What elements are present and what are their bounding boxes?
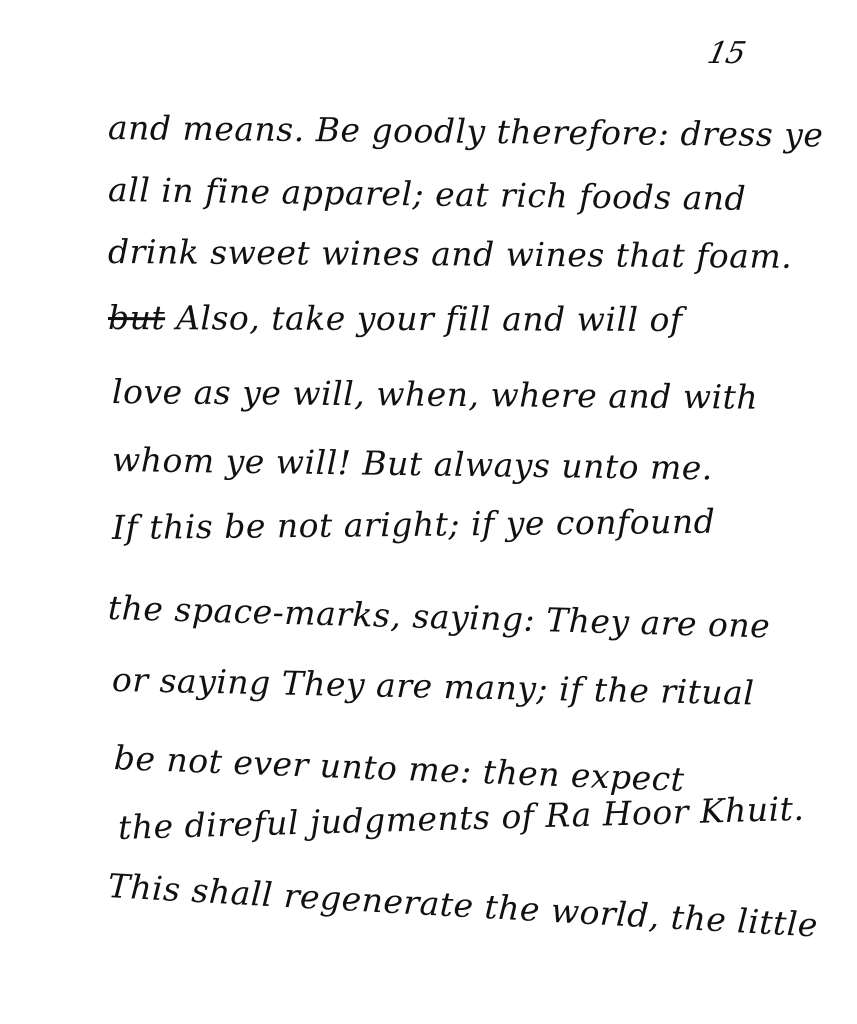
- manuscript-page: 15 and means. Be goodly therefore: dress…: [0, 0, 857, 1024]
- struck-out-word: but: [108, 298, 165, 337]
- manuscript-line-1: and means. Be goodly therefore: dress ye: [108, 108, 824, 154]
- manuscript-line-12: This shall regenerate the world, the lit…: [107, 866, 819, 945]
- manuscript-line-3: drink sweet wines and wines that foam.: [108, 232, 792, 276]
- manuscript-line-8: the space-marks, saying: They are one: [107, 588, 770, 645]
- manuscript-line-11: the direful judgments of Ra Hoor Khuit.: [117, 789, 804, 847]
- page-number: 15: [704, 36, 748, 71]
- manuscript-line-7: If this be not aright; if ye confound: [112, 502, 716, 547]
- manuscript-line-4-text: Also, take your fill and will of: [165, 298, 683, 339]
- manuscript-line-6: whom ye will! But always unto me.: [112, 440, 713, 487]
- manuscript-line-10: be not ever unto me: then expect: [113, 738, 685, 799]
- manuscript-line-5: love as ye will, when, where and with: [112, 372, 759, 417]
- manuscript-line-4: but Also, take your fill and will of: [108, 298, 683, 339]
- manuscript-line-9: or saying They are many; if the ritual: [112, 660, 755, 712]
- manuscript-line-2: all in fine apparel; eat rich foods and: [108, 170, 747, 218]
